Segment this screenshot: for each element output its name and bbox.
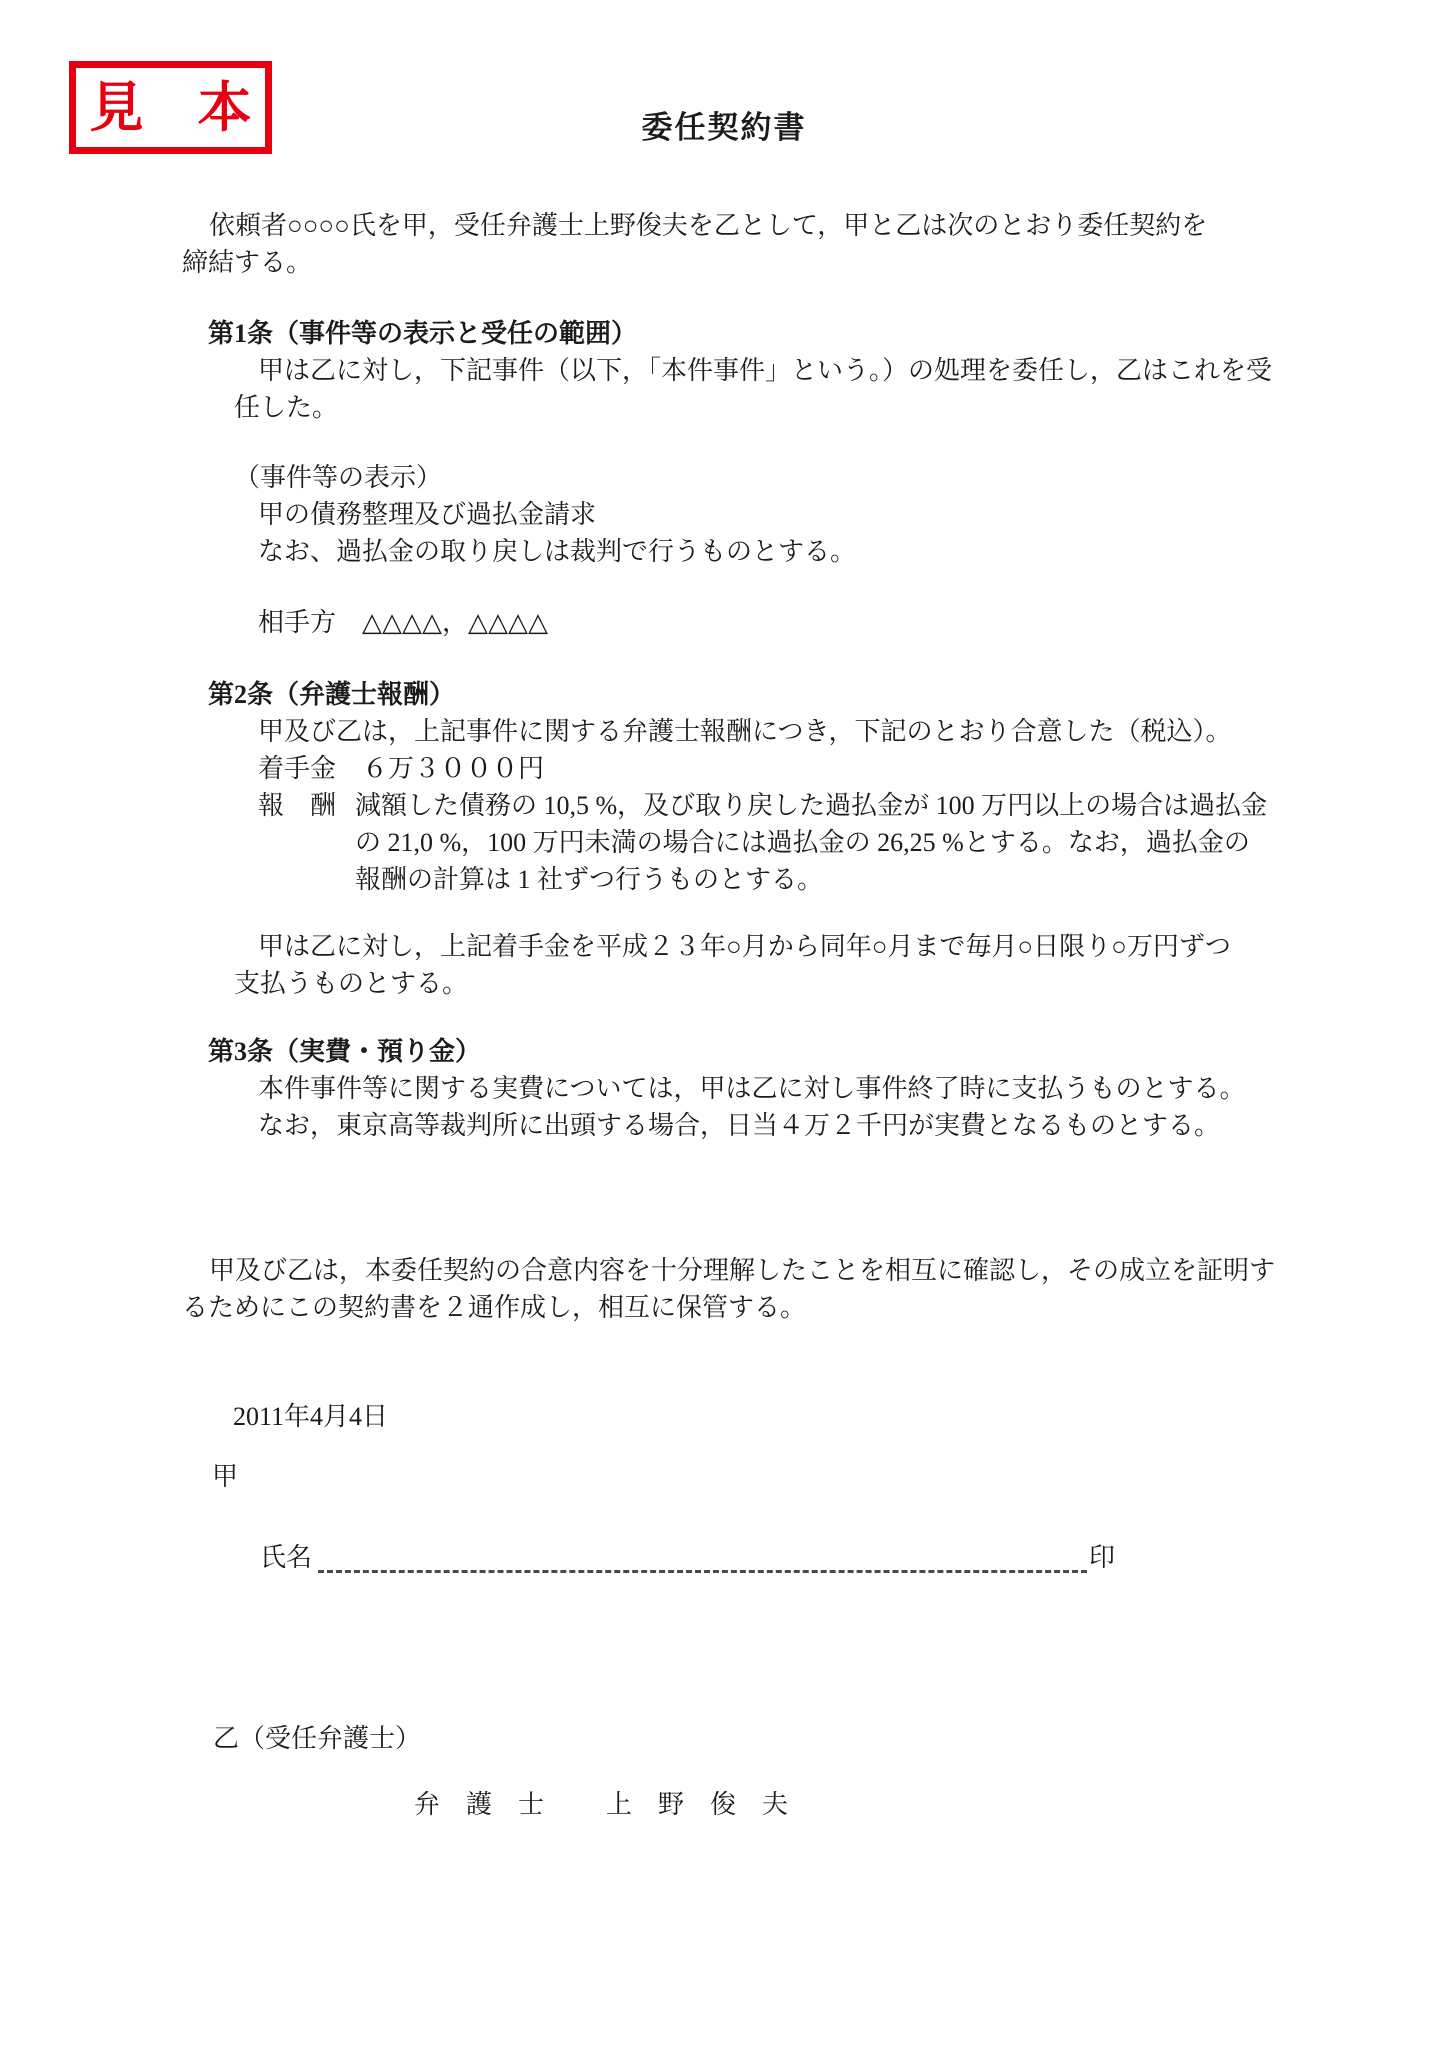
case-line: なお、過払金の取り戻しは裁判で行うものとする。 xyxy=(258,533,856,570)
document-page: 見 本 委任契約書 依頼者○○○○氏を甲，受任弁護士上野俊夫を乙として，甲と乙は… xyxy=(0,0,1448,2048)
contract-date: 2011年4月4日 xyxy=(233,1398,388,1435)
reward-body: 減額した債務の 10,5 %，及び取り戻した過払金が 100 万円以上の場合は過… xyxy=(355,787,1267,898)
party-b-signature-row: 弁 護 士上 野 俊 夫 xyxy=(414,1786,788,1823)
name-label: 氏名 xyxy=(260,1539,312,1576)
case-label: （事件等の表示） xyxy=(234,459,442,496)
article1-body-line: 甲は乙に対し，下記事件（以下，「本件事件」という。）の処理を委任し，乙はこれを受 xyxy=(234,352,1272,389)
article1-body-line: 任した。 xyxy=(234,389,1272,426)
article2-intro: 甲及び乙は，上記事件に関する弁護士報酬につき，下記のとおり合意した（税込）。 xyxy=(258,713,1231,750)
intro-paragraph: 依頼者○○○○氏を甲，受任弁護士上野俊夫を乙として，甲と乙は次のとおり委任契約を… xyxy=(182,207,1207,281)
closing-line: るためにこの契約書を２通作成し，相互に保管する。 xyxy=(182,1289,1275,1326)
closing-line: 甲及び乙は，本委任契約の合意内容を十分理解したことを相互に確認し，その成立を証明… xyxy=(182,1252,1275,1289)
reward-line: の 21,0 %，100 万円未満の場合には過払金の 26,25 %とする。なお… xyxy=(355,824,1267,861)
closing-paragraph: 甲及び乙は，本委任契約の合意内容を十分理解したことを相互に確認し，その成立を証明… xyxy=(182,1252,1275,1326)
seal-label: 印 xyxy=(1089,1539,1115,1576)
party-a-label: 甲 xyxy=(212,1458,238,1495)
article3-heading: 第3条（実費・預り金） xyxy=(208,1033,481,1070)
reward-row: 報 酬 減額した債務の 10,5 %，及び取り戻した過払金が 100 万円以上の… xyxy=(258,787,1267,898)
document-title: 委任契約書 xyxy=(0,102,1448,147)
article3-body: 本件事件等に関する実費については，甲は乙に対し事件終了時に支払うものとする。 な… xyxy=(258,1070,1245,1144)
article1-body: 甲は乙に対し，下記事件（以下，「本件事件」という。）の処理を委任し，乙はこれを受… xyxy=(234,352,1272,426)
retainer-fee-line: 着手金 ６万３０００円 xyxy=(258,750,544,787)
intro-line: 締結する。 xyxy=(182,244,1207,281)
case-line: 甲の債務整理及び過払金請求 xyxy=(258,496,856,533)
opponent-line: 相手方 △△△△，△△△△ xyxy=(258,604,548,641)
reward-label: 報 酬 xyxy=(258,787,336,824)
reward-line: 減額した債務の 10,5 %，及び取り戻した過払金が 100 万円以上の場合は過… xyxy=(355,787,1267,824)
article3-line: 本件事件等に関する実費については，甲は乙に対し事件終了時に支払うものとする。 xyxy=(258,1070,1245,1107)
party-b-label: 乙（受任弁護士） xyxy=(213,1720,421,1757)
payment-line: 甲は乙に対し，上記着手金を平成２３年○月から同年○月まで毎月○日限り○万円ずつ xyxy=(234,928,1231,965)
article2-heading: 第2条（弁護士報酬） xyxy=(208,676,455,713)
intro-line: 依頼者○○○○氏を甲，受任弁護士上野俊夫を乙として，甲と乙は次のとおり委任契約を xyxy=(182,207,1207,244)
reward-line: 報酬の計算は 1 社ずつ行うものとする。 xyxy=(355,861,1267,898)
attorney-title: 弁 護 士 xyxy=(414,1790,544,1819)
article3-line: なお，東京高等裁判所に出頭する場合，日当４万２千円が実費となるものとする。 xyxy=(258,1107,1245,1144)
party-a-signature-row: 氏名 印 xyxy=(260,1538,1115,1576)
payment-paragraph: 甲は乙に対し，上記着手金を平成２３年○月から同年○月まで毎月○日限り○万円ずつ … xyxy=(234,928,1231,1002)
article1-heading: 第1条（事件等の表示と受任の範囲） xyxy=(208,315,637,352)
case-description: 甲の債務整理及び過払金請求 なお、過払金の取り戻しは裁判で行うものとする。 xyxy=(258,496,856,570)
payment-line: 支払うものとする。 xyxy=(234,965,1231,1002)
attorney-name: 上 野 俊 夫 xyxy=(606,1790,788,1819)
signature-dashed-line xyxy=(318,1538,1087,1573)
